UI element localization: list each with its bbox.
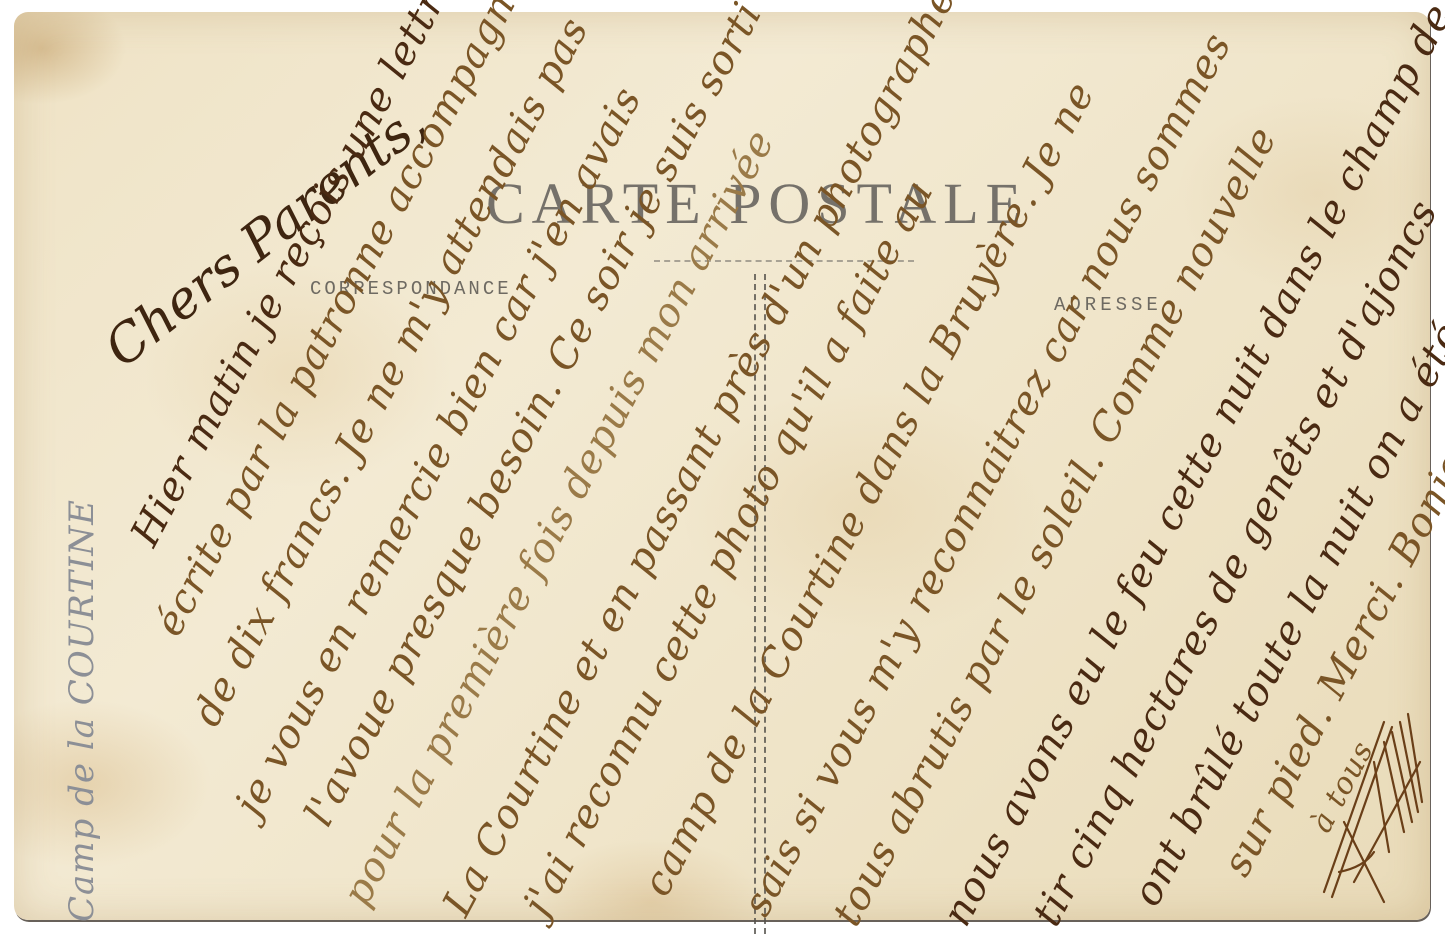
- postcard: CARTE POSTALE CORRESPONDANCE ADRESSE Cam…: [14, 12, 1430, 920]
- pencil-note: Camp de la COURTINE: [62, 499, 102, 922]
- signature-icon: [1314, 702, 1424, 912]
- handwritten-line: sais si vous m'y reconnaitrez car nous s…: [734, 25, 1241, 923]
